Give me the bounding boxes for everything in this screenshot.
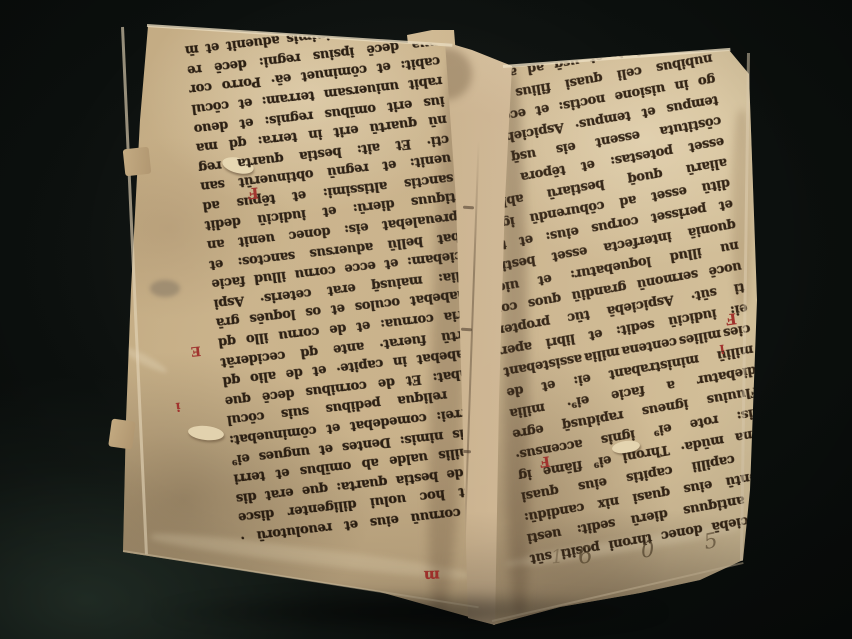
rubric-stroke: i [175, 400, 181, 414]
ground-shadow [150, 590, 670, 634]
repair-patch [187, 424, 224, 442]
year-digit: 1 [550, 546, 564, 569]
rubric-initial: F [247, 183, 259, 202]
photo-canvas: nū cornuū eius et reuolutorū ·Post hoc u… [0, 0, 852, 639]
rubric-initial: F [725, 309, 738, 328]
rubric-initial: F [539, 452, 551, 469]
fore-edge-tab [108, 418, 136, 449]
fore-edge-tab [123, 147, 152, 177]
year-digit: 0 [640, 537, 655, 562]
stain [150, 280, 180, 297]
book: nū cornuū eius et reuolutorū ·Post hoc u… [0, 0, 852, 639]
rubric-initial: E [190, 343, 201, 359]
sewing-slit [461, 328, 472, 332]
crease-highlight [119, 343, 169, 375]
sewing-slit [463, 206, 474, 210]
left-page-text: nū cornuū eius et reuolutorū ·Post hoc u… [184, 7, 493, 546]
rubric-initial: m [424, 567, 440, 586]
